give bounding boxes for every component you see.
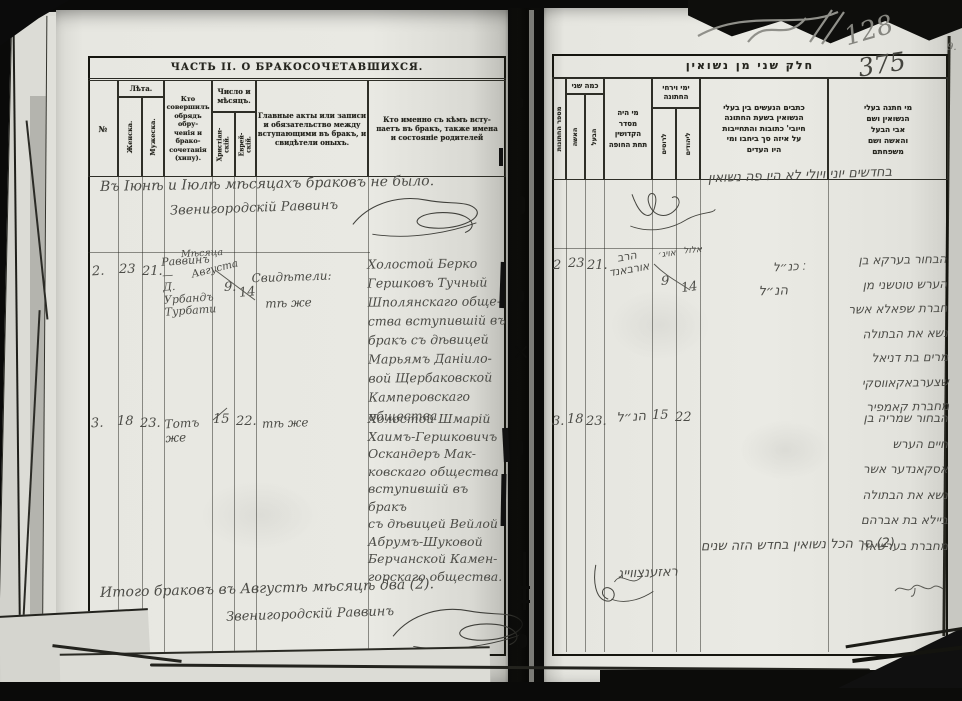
corner-mark: 9. (947, 42, 957, 53)
signature-flourish (588, 552, 658, 612)
pencil-scrawl (688, 2, 856, 52)
stitch (518, 634, 527, 648)
officiant-entry-he: הנ״ל (610, 409, 647, 426)
day-jewish: 22 (675, 410, 692, 425)
col-names: Кто именно съ кѣмъ всту- паетъ въ бракъ,… (368, 80, 506, 177)
officiant-entry: Тотъ же (164, 415, 215, 446)
ink-stroke (652, 262, 692, 292)
day-russian: 15 (652, 408, 669, 423)
stitch (515, 290, 524, 302)
ink-stroke (211, 406, 231, 424)
col-officiant-he: מי היה מסדר הקדושין תחת החופה (604, 78, 652, 180)
record-no: 3. (90, 416, 103, 432)
bride-age: 23 (119, 262, 136, 277)
rabbi-signature-flourish (348, 188, 478, 243)
col-russian-date: לרוסים (658, 114, 670, 174)
col-female: Женска. (124, 97, 136, 177)
col-jewish: Еврей- скій. (238, 112, 253, 178)
col-husband: הבעל (588, 107, 600, 167)
witnesses-entry: тѣ же (262, 415, 312, 431)
rule (88, 252, 370, 253)
stitch (518, 196, 525, 214)
col-acts: Главные акты или записи и обязательство … (256, 80, 368, 177)
col-date: Число и мѣсяцъ. (212, 80, 256, 112)
groom-age: 23. (586, 414, 607, 429)
title-rule (88, 78, 506, 79)
col-christian: Христіан- скій. (216, 112, 231, 178)
witnesses-entry: Свидѣтели: тѣ же (251, 263, 325, 317)
month-label: Мѣсяца (181, 247, 224, 260)
col-contracts: כתבים הנעשים בין בעלי הנשואין בשעת החתונ… (700, 78, 828, 180)
col-wife: האשה (569, 107, 581, 167)
contracts-entry: ׃ כנ״ל (756, 259, 807, 276)
groom-age: 21. (142, 264, 163, 279)
register-spread: ЧАСТЬ II. О БРАКОСОЧЕТАВШИХСЯ. № Лѣта. Ж… (0, 0, 962, 701)
record-no: 2. (91, 264, 104, 280)
col-count: מספר החתונות (553, 81, 565, 177)
record-no: 2 (553, 258, 561, 273)
col-officiant: Кто совершилъ обрядъ обру- ченія и брако… (164, 80, 212, 177)
stitch (517, 440, 523, 456)
rule (164, 177, 165, 652)
contracts-entry-2: הנ״ל (748, 283, 788, 299)
ink-dash (501, 474, 507, 526)
stitch (512, 586, 515, 603)
left-page-title: ЧАСТЬ II. О БРАКОСОЧЕТАВШИХСЯ. (88, 58, 506, 76)
rabbi-signature-flourish-he (622, 182, 722, 240)
record-no: 3. (552, 414, 564, 429)
bride-age: 23 (568, 256, 585, 271)
col-no: № (88, 80, 118, 177)
col-years: Лѣта. (118, 80, 164, 97)
col-jewish-date: ליהודים (682, 114, 694, 174)
col-wedding-days: ימי וירחי החתונה (652, 78, 700, 108)
rule (142, 177, 143, 652)
groom-age: 23. (140, 416, 161, 431)
ink-dash (499, 148, 503, 166)
stitch (518, 98, 523, 108)
couple-names-entry: Холостой Шмарій Хаимъ-Гершковичъ Осканде… (368, 410, 508, 585)
bride-age: 18 (567, 412, 584, 427)
day-jewish: 22. (236, 414, 257, 429)
col-male: Мужеска. (147, 97, 159, 177)
margin-note-squiggle (893, 580, 945, 598)
couple-names-entry: Холостой Берко Гершковъ Тучный Шполянска… (367, 253, 508, 425)
couple-names-entry-he: הבחור בערקא בן הערש טוטשני מן חברת שפאלא… (813, 247, 950, 421)
bride-age: 18 (117, 414, 134, 429)
col-ages: כמה שני (566, 78, 604, 94)
